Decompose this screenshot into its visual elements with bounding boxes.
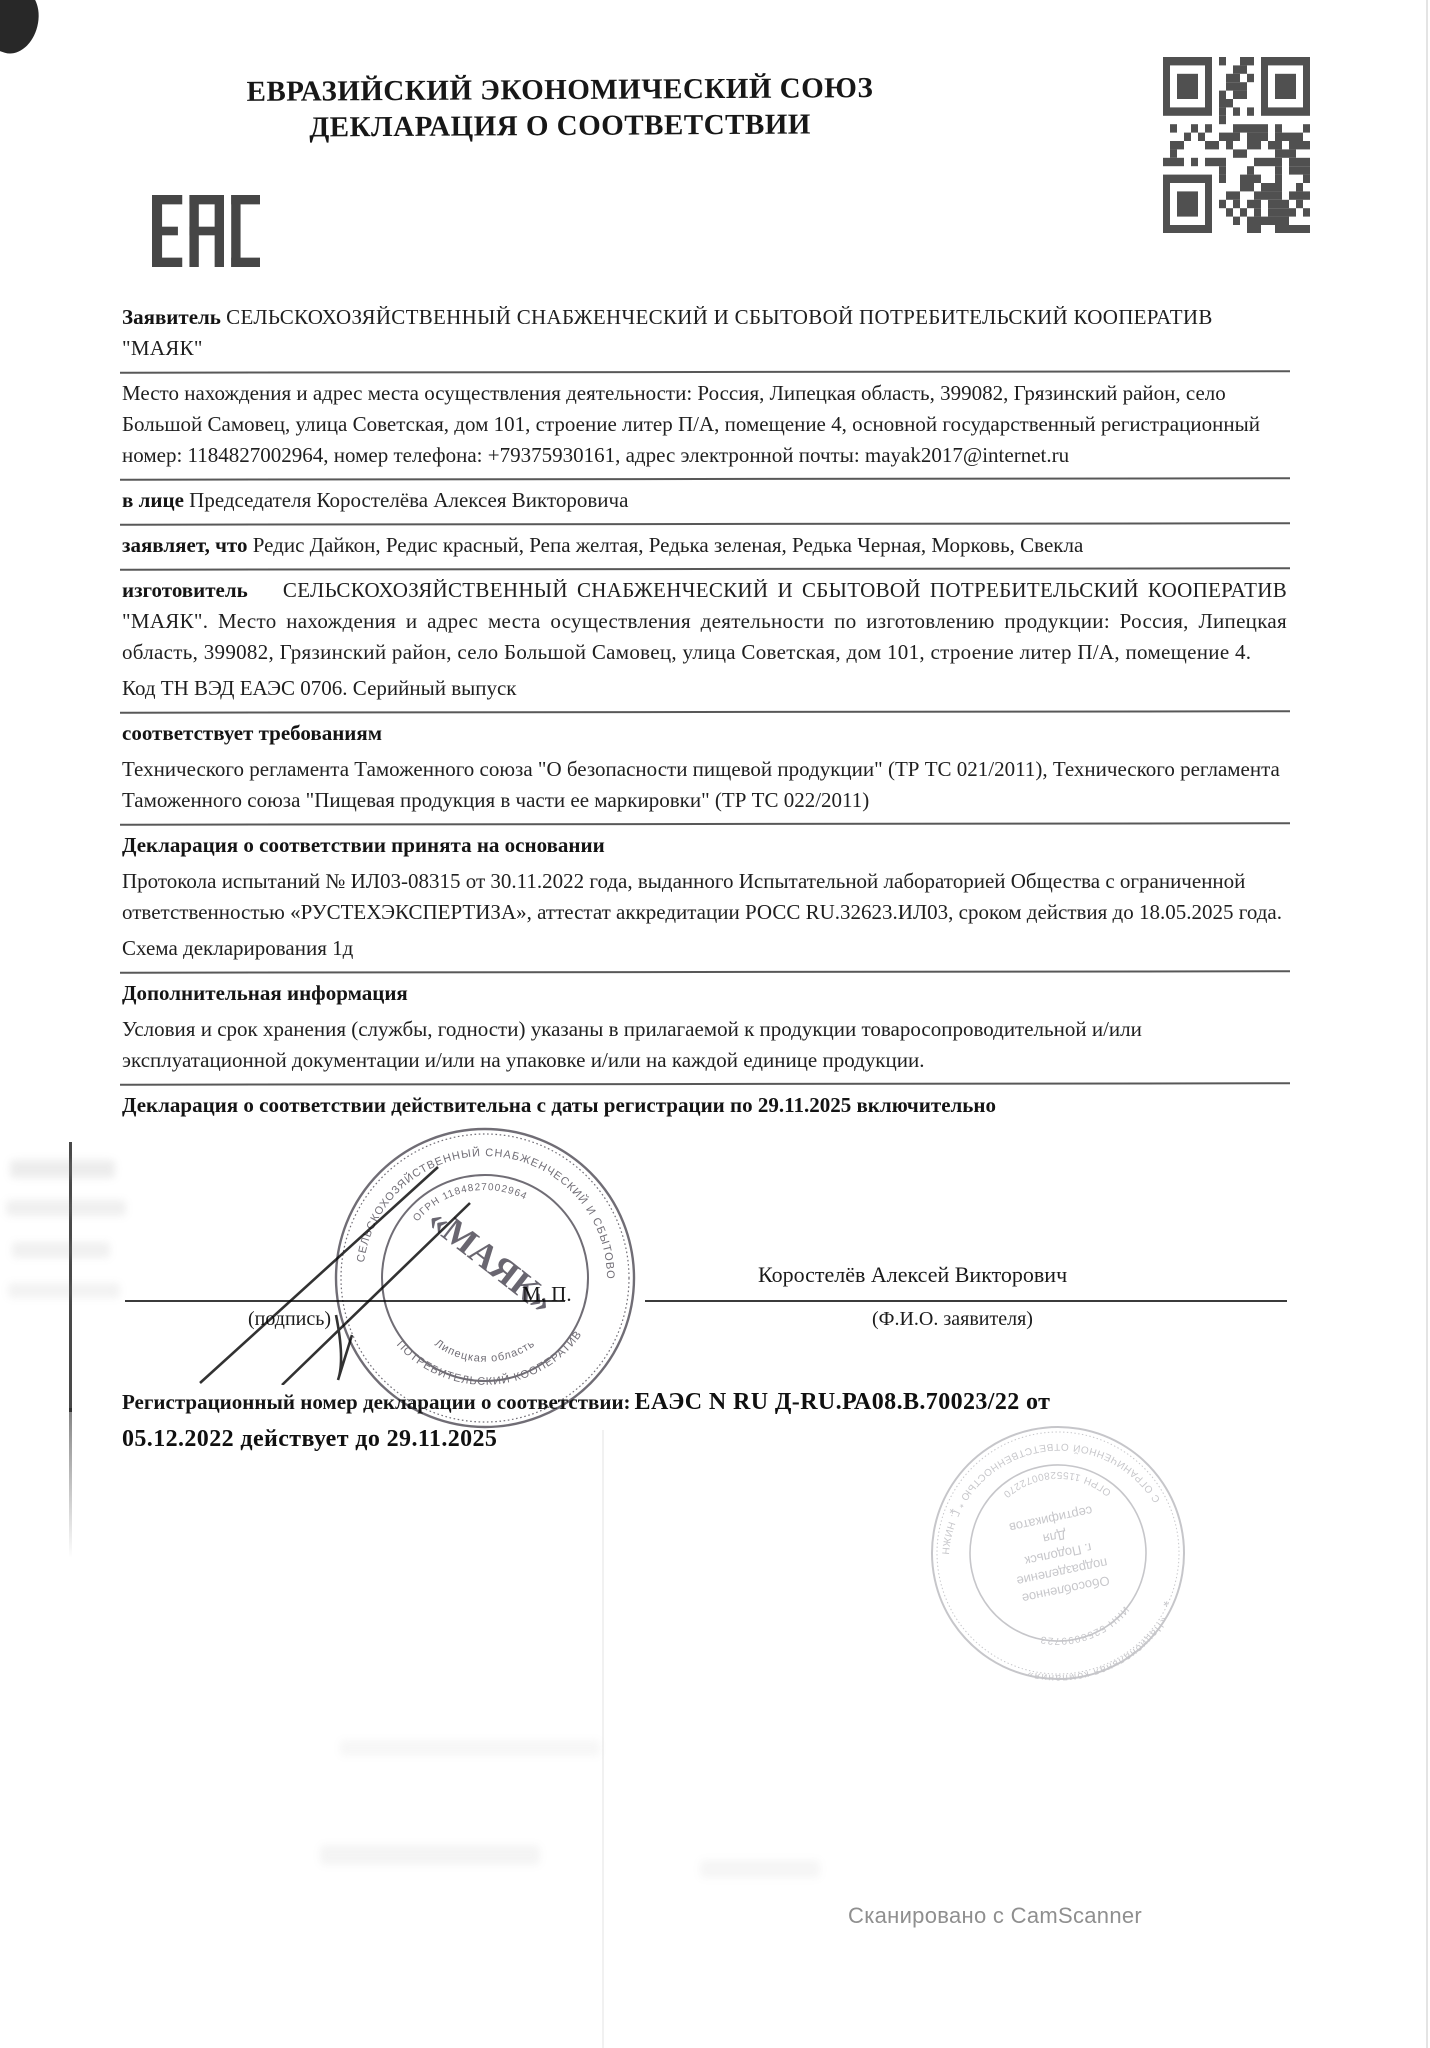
ghost-text-artifact — [6, 1200, 126, 1216]
basis-paragraph: Протокола испытаний № ИЛ03-08315 от 30.1… — [122, 864, 1287, 931]
section-divider — [120, 710, 1290, 713]
scan-crease-line — [602, 1430, 604, 2048]
document-body: Заявитель СЕЛЬСКОХОЗЯЙСТВЕННЫЙ СНАБЖЕНЧЕ… — [122, 300, 1287, 1124]
complies-paragraph: Технического регламента Таможенного союз… — [122, 752, 1287, 819]
applicant-paragraph: Заявитель СЕЛЬСКОХОЗЯЙСТВЕННЫЙ СНАБЖЕНЧЕ… — [122, 300, 1287, 367]
ghost-text-artifact — [8, 1283, 120, 1298]
declares-paragraph: заявляет, что Редис Дайкон, Редис красны… — [122, 528, 1287, 564]
ghost-text-artifact — [12, 1242, 110, 1258]
applicant-fio: Коростелёв Алексей Викторович — [758, 1262, 1067, 1288]
additional-info-paragraph: Условия и срок хранения (службы, годност… — [122, 1012, 1287, 1079]
bottom-stamp: «Национальная компания» С ОГРАНИЧЕННОЙ О… — [903, 1398, 1213, 1708]
bottom-stamp-ogrn: ОГРН 1155280072270 — [998, 1457, 1115, 1520]
complies-label: соответствует требованиям — [122, 716, 1287, 752]
declaration-scheme-line: Схема декларирования 1д — [122, 931, 1287, 967]
represented-by-value: Председателя Коростелёва Алексея Викторо… — [189, 488, 628, 512]
ghost-text-artifact — [700, 1860, 820, 1878]
svg-text:ОГРН 1155280072270: ОГРН 1155280072270 — [998, 1457, 1115, 1520]
fio-line — [645, 1300, 1287, 1302]
section-divider — [120, 477, 1290, 480]
represented-by-paragraph: в лице Председателя Коростелёва Алексея … — [122, 483, 1287, 519]
represented-by-label: в лице — [122, 488, 184, 512]
tnved-code-line: Код ТН ВЭД ЕАЭС 0706. Серийный выпуск — [122, 671, 1287, 707]
mayak-stamp-name: «МАЯК» — [420, 1199, 561, 1322]
title-line-2: ДЕКЛАРАЦИЯ О СООТВЕТСТВИИ — [180, 106, 940, 147]
manufacturer-paragraph: изготовитель СЕЛЬСКОХОЗЯЙСТВЕННЫЙ СНАБЖЕ… — [122, 573, 1287, 671]
section-divider — [120, 567, 1290, 570]
svg-text:ИНН 5258099723: ИНН 5258099723 — [1035, 1603, 1136, 1652]
section-divider — [120, 522, 1290, 525]
section-divider — [120, 822, 1290, 825]
camscanner-note: Сканировано с CamScanner — [848, 1903, 1142, 1929]
ghost-text-artifact — [320, 1845, 540, 1865]
scan-edge-line — [1426, 0, 1428, 2048]
ghost-text-artifact — [10, 1160, 115, 1178]
svg-text:Липецкая область: Липецкая область — [432, 1337, 537, 1364]
scan-fold-line-fade — [69, 1408, 72, 1558]
bottom-stamp-star: * — [1161, 1593, 1170, 1610]
ghost-text-artifact — [340, 1740, 600, 1756]
registration-label: Регистрационный номер декларации о соотв… — [122, 1390, 631, 1414]
qr-code-icon — [1163, 57, 1310, 233]
scan-corner-artifact — [0, 0, 47, 60]
fio-caption: (Ф.И.О. заявителя) — [872, 1308, 1033, 1331]
declares-value: Редис Дайкон, Редис красный, Репа желтая… — [253, 533, 1084, 557]
document-title: ЕВРАЗИЙСКИЙ ЭКОНОМИЧЕСКИЙ СОЮЗ ДЕКЛАРАЦИ… — [180, 70, 940, 147]
document-page: ЕВРАЗИЙСКИЙ ЭКОНОМИЧЕСКИЙ СОЮЗ ДЕКЛАРАЦИ… — [0, 0, 1430, 2048]
manufacturer-label: изготовитель — [122, 578, 248, 602]
address-paragraph: Место нахождения и адрес места осуществл… — [122, 376, 1287, 474]
manufacturer-value: СЕЛЬСКОХОЗЯЙСТВЕННЫЙ СНАБЖЕНЧЕСКИЙ И СБЫ… — [122, 578, 1287, 664]
eac-logo-icon — [152, 183, 260, 279]
validity-line: Декларация о соответствии действительна … — [122, 1088, 1287, 1124]
section-divider — [120, 970, 1290, 973]
applicant-value: СЕЛЬСКОХОЗЯЙСТВЕННЫЙ СНАБЖЕНЧЕСКИЙ И СБЫ… — [122, 305, 1213, 360]
additional-info-label: Дополнительная информация — [122, 976, 1287, 1012]
bottom-stamp-inn: ИНН 5258099723 — [1035, 1603, 1136, 1652]
declares-label: заявляет, что — [122, 533, 247, 557]
title-line-1: ЕВРАЗИЙСКИЙ ЭКОНОМИЧЕСКИЙ СОЮЗ — [180, 70, 940, 111]
registration-dates: 05.12.2022 действует до 29.11.2025 — [122, 1426, 497, 1452]
basis-label: Декларация о соответствии принята на осн… — [122, 828, 1287, 864]
scan-fold-line — [69, 1142, 72, 1412]
applicant-label: Заявитель — [122, 305, 221, 329]
section-divider — [120, 1082, 1290, 1085]
section-divider — [120, 370, 1290, 373]
mayak-stamp-region: Липецкая область — [432, 1337, 537, 1364]
bottom-stamp-center-line: Для — [1042, 1527, 1068, 1547]
